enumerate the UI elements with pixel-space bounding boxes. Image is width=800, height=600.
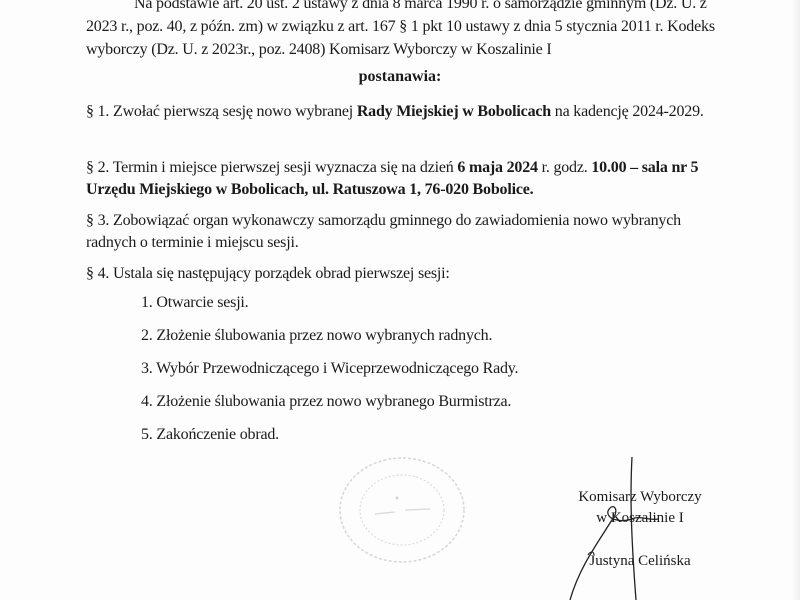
text: r. godz. — [538, 159, 592, 176]
bold-text: Rady Miejskiej w Bobolicach — [357, 103, 551, 120]
signature-name: Justyna Celińska — [540, 551, 740, 571]
signature-title: Komisarz Wyborczy — [540, 487, 740, 507]
agenda-item: 5. Zakończenie obrad. — [141, 425, 279, 445]
decision-heading: postanawia: — [0, 68, 800, 86]
document-page: Na podstawie art. 20 ust. 2 ustawy z dni… — [0, 0, 800, 600]
signature-city: w Koszalinie I — [540, 508, 740, 528]
section-1: § 1. Zwołać pierwszą sesję nowo wybranej… — [86, 101, 726, 123]
intro-paragraph: Na podstawie art. 20 ust. 2 ustawy z dni… — [86, 0, 726, 61]
agenda-item: 3. Wybór Przewodniczącego i Wiceprzewodn… — [141, 359, 518, 379]
agenda-item: 1. Otwarcie sesji. — [141, 293, 248, 313]
official-stamp-icon — [335, 452, 470, 567]
text: § 1. Zwołać pierwszą sesję nowo wybranej — [86, 103, 357, 120]
text: § 4. Ustala się następujący porządek obr… — [86, 265, 450, 282]
text: § 2. Termin i miejsce pierwszej sesji wy… — [86, 159, 457, 176]
text: na kadencję 2024-2029. — [551, 103, 704, 120]
agenda-item: 2. Złożenie ślubowania przez nowo wybran… — [141, 326, 492, 346]
agenda-item: 4. Złożenie ślubowania przez nowo wybran… — [141, 392, 511, 412]
page-edge — [792, 0, 800, 600]
text: § 3. Zobowiązać organ wykonawczy samorzą… — [86, 212, 681, 251]
section-3: § 3. Zobowiązać organ wykonawczy samorzą… — [86, 210, 726, 254]
bold-text: 6 maja 2024 — [457, 159, 537, 176]
section-2: § 2. Termin i miejsce pierwszej sesji wy… — [86, 157, 726, 201]
section-4: § 4. Ustala się następujący porządek obr… — [86, 263, 726, 285]
